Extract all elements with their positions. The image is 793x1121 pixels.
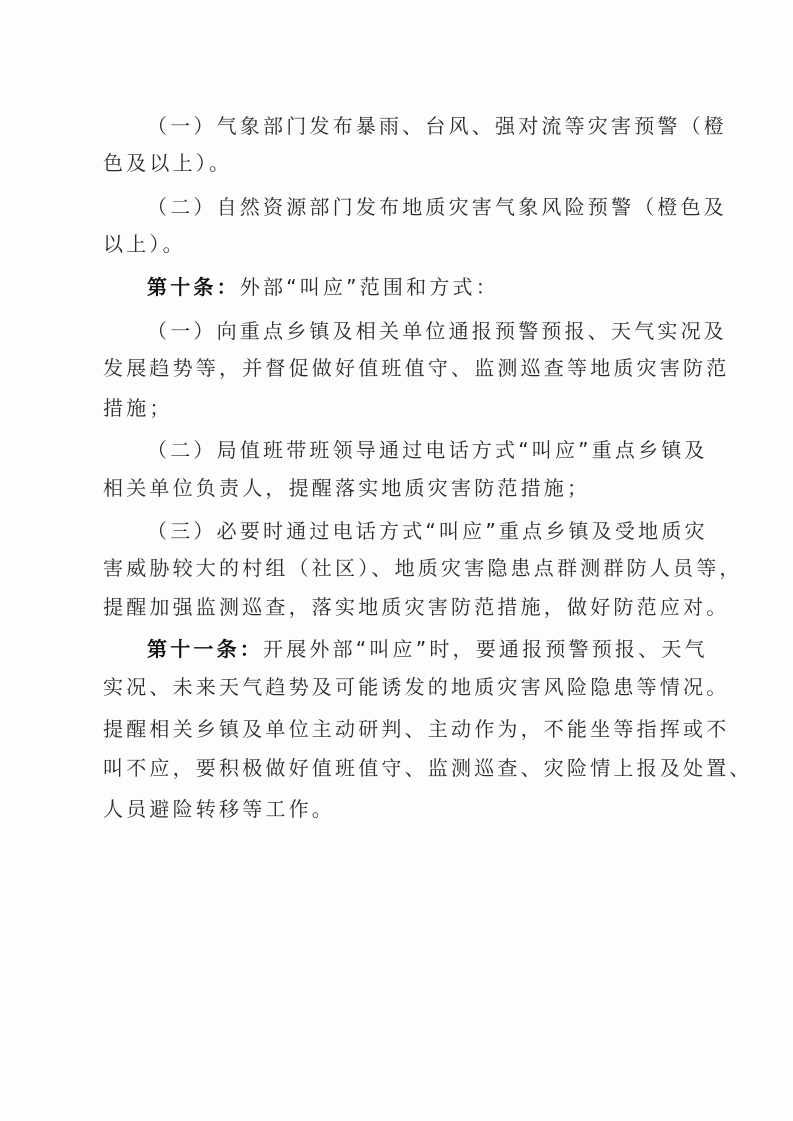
text-line: 人员避险转移等工作。 (103, 796, 335, 822)
article-title: 外部“叫应”范围和方式： (240, 275, 499, 299)
text-line: 实况、未来天气趋势及可能诱发的地质灾害风险隐患等情况。 (103, 674, 729, 700)
text-line: （三）必要时通过电话方式“叫应”重点乡镇及受地质灾 (147, 518, 708, 544)
text-line: 色及以上）。 (103, 150, 232, 176)
text-line: 以上）。 (103, 231, 186, 257)
text-line: 相关单位负责人，提醒落实地质灾害防范措施； (103, 475, 590, 501)
text-line: 措施； (103, 395, 173, 421)
text-line: 提醒加强监测巡查，落实地质灾害防范措施，做好防范应对。 (103, 594, 729, 620)
text-line: （一）向重点乡镇及相关单位通报预警预报、天气实况及 (147, 318, 727, 344)
article-body: 开展外部“叫应”时，要通报预警预报、天气 (263, 637, 708, 661)
text-line: （二）自然资源部门发布地质灾害气象风险预警（橙色及 (147, 194, 727, 220)
text-line: （二）局值班带班领导通过电话方式“叫应”重点乡镇及 (147, 437, 708, 463)
article-number: 第十条： (147, 275, 240, 299)
text-line: 发展趋势等，并督促做好值班值守、监测巡查等地质灾害防范 (103, 355, 729, 381)
article-10-heading: 第十条：外部“叫应”范围和方式： (147, 274, 499, 300)
text-line: （一）气象部门发布暴雨、台风、强对流等灾害预警（橙 (147, 113, 727, 139)
article-number: 第十一条： (147, 637, 263, 661)
article-11-heading: 第十一条：开展外部“叫应”时，要通报预警预报、天气 (147, 636, 708, 662)
text-line: 害威胁较大的村组（社区）、地质灾害隐患点群测群防人员等， (103, 555, 743, 581)
text-line: 叫不应，要积极做好值班值守、监测巡查、灾险情上报及处置、 (103, 755, 753, 781)
document-page: （一）气象部门发布暴雨、台风、强对流等灾害预警（橙 色及以上）。 （二）自然资源… (0, 0, 793, 1121)
text-line: 提醒相关乡镇及单位主动研判、主动作为，不能坐等指挥或不 (103, 716, 729, 742)
